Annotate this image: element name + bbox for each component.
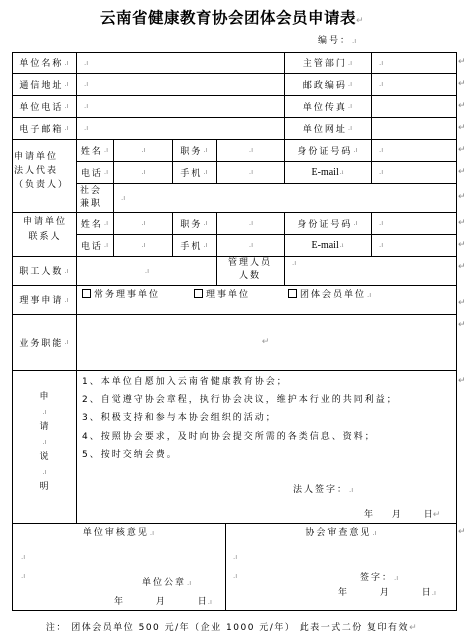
unit-name-field[interactable]: .ı — [77, 52, 290, 73]
declaration-item: 2、自觉遵守协会章程，执行协会决议，维护本行业的共同利益； — [82, 392, 398, 405]
legal-rep-name-label: 姓名.ı — [76, 139, 113, 161]
contact-email-field[interactable]: .ı — [372, 234, 462, 256]
declaration-item: 1、本单位自愿加入云南省健康教育协会； — [82, 374, 288, 387]
contact-position-label: 职务.ı — [172, 212, 216, 234]
association-review-title: 协会审查意见.ı — [226, 525, 456, 538]
contact-tel-field[interactable]: .ı — [114, 234, 172, 256]
contact-id-label: 身份证号码.ı — [284, 212, 371, 234]
legal-rep-name-field[interactable]: .ı — [114, 139, 172, 161]
contact-mobile-label: 手机.ı — [172, 234, 216, 256]
legal-rep-position-label: 职务.ı — [172, 139, 216, 161]
legal-rep-mobile-field[interactable]: .ı — [217, 161, 284, 183]
unit-seal-label: 单位公章.ı — [142, 575, 191, 588]
unit-name-label: 单位名称.ı — [12, 52, 76, 73]
supervisor-label: 主管部门.ı — [284, 52, 371, 73]
supervisor-field[interactable]: .ı — [372, 52, 462, 73]
declaration-label: 申 .ı 请 .ı 说 .ı 明 — [12, 390, 76, 495]
option-standing-director[interactable]: 常务理事单位 — [82, 287, 160, 300]
mgmt-count-label: 管理人员 人数 — [216, 257, 284, 283]
legal-rep-tel-label: 电话.ı — [76, 161, 113, 183]
legal-rep-position-field[interactable]: .ı — [217, 139, 284, 161]
contact-name-label: 姓名.ı — [76, 212, 113, 234]
email-field[interactable]: .ı — [77, 117, 290, 139]
association-sign-label: 签字：.ı — [360, 570, 398, 583]
legal-rep-tel-field[interactable]: .ı — [114, 161, 172, 183]
legal-rep-id-label: 身份证号码.ı — [284, 139, 371, 161]
legal-rep-mobile-label: 手机.ı — [172, 161, 216, 183]
contact-tel-label: 电话.ı — [76, 234, 113, 256]
postcode-field[interactable]: .ı — [372, 73, 462, 95]
checkbox-icon[interactable] — [288, 289, 297, 298]
fax-label: 单位传真.ı — [284, 95, 371, 117]
unit-review-title: 单位审核意见.ı — [12, 525, 225, 538]
contact-email-label: E-mail.ı — [284, 234, 371, 256]
email-label: 电子邮箱.ı — [12, 117, 76, 139]
declaration-item: 3、积极支持和参与本协会组织的活动； — [82, 410, 277, 423]
declaration-item: 5、按时交纳会费。 — [82, 447, 178, 460]
staff-count-label: 职工人数.ı — [12, 256, 76, 285]
social-role-label: 社会 兼职 — [80, 185, 113, 211]
phone-label: 单位电话.ı — [12, 95, 76, 117]
mgmt-count-field[interactable]: .ı — [285, 256, 462, 270]
checkbox-icon[interactable] — [82, 289, 91, 298]
option-director[interactable]: 理事单位 — [194, 287, 250, 300]
contact-id-field[interactable]: .ı — [372, 212, 462, 234]
website-label: 单位网址.ı — [284, 117, 371, 139]
contact-mobile-field[interactable]: .ı — [217, 234, 284, 256]
council-application-label: 理事申请.ı — [12, 285, 76, 314]
phone-field[interactable]: .ı — [77, 95, 290, 117]
legal-rep-id-field[interactable]: .ı — [372, 139, 462, 161]
contact-group-label: 申请单位 联系人 — [14, 215, 76, 245]
legal-rep-group-label: 申请单位 法人代表 （负责人） — [14, 150, 76, 192]
business-function-label: 业务职能.ı — [12, 314, 76, 370]
staff-count-field[interactable]: .ı — [77, 256, 216, 285]
declaration-date: 年 月 日↵ — [364, 507, 440, 520]
contact-name-field[interactable]: .ı — [114, 212, 172, 234]
address-field[interactable]: .ı — [77, 73, 290, 95]
unit-review-date: 年 月 日.ı — [114, 594, 212, 607]
checkbox-icon[interactable] — [194, 289, 203, 298]
postcode-label: 邮政编码.ı — [284, 73, 371, 95]
association-review-field[interactable]: .ı.ı — [232, 544, 237, 582]
legal-signature-label: 法人签字：.ı — [293, 482, 353, 495]
declaration-item: 4、按照协会要求，及时向协会提交所需的各类信息、资料； — [82, 429, 376, 442]
business-function-field[interactable]: ↵ — [77, 314, 456, 370]
fax-field[interactable] — [372, 95, 462, 117]
form-title: 云南省健康教育协会团体会员申请表↵ — [0, 6, 464, 28]
address-label: 通信地址.ı — [12, 73, 76, 95]
legal-rep-email-field[interactable]: .ı — [372, 161, 462, 183]
contact-position-field[interactable]: .ı — [217, 212, 284, 234]
unit-review-field[interactable]: .ı.ı — [20, 544, 25, 582]
legal-rep-email-label: E-mail.ı — [284, 161, 371, 183]
association-review-date: 年 月 日.ı — [338, 585, 436, 598]
serial-number-label: 编号：.ı — [318, 33, 356, 46]
option-group-member[interactable]: 团体会员单位.ı — [288, 287, 371, 300]
website-field[interactable] — [372, 117, 462, 139]
footer-note: 注： 团体会员单位 500 元/年（企业 1000 元/年） 此表一式二份 复印… — [0, 620, 464, 633]
social-role-field[interactable]: .ı — [114, 183, 462, 212]
